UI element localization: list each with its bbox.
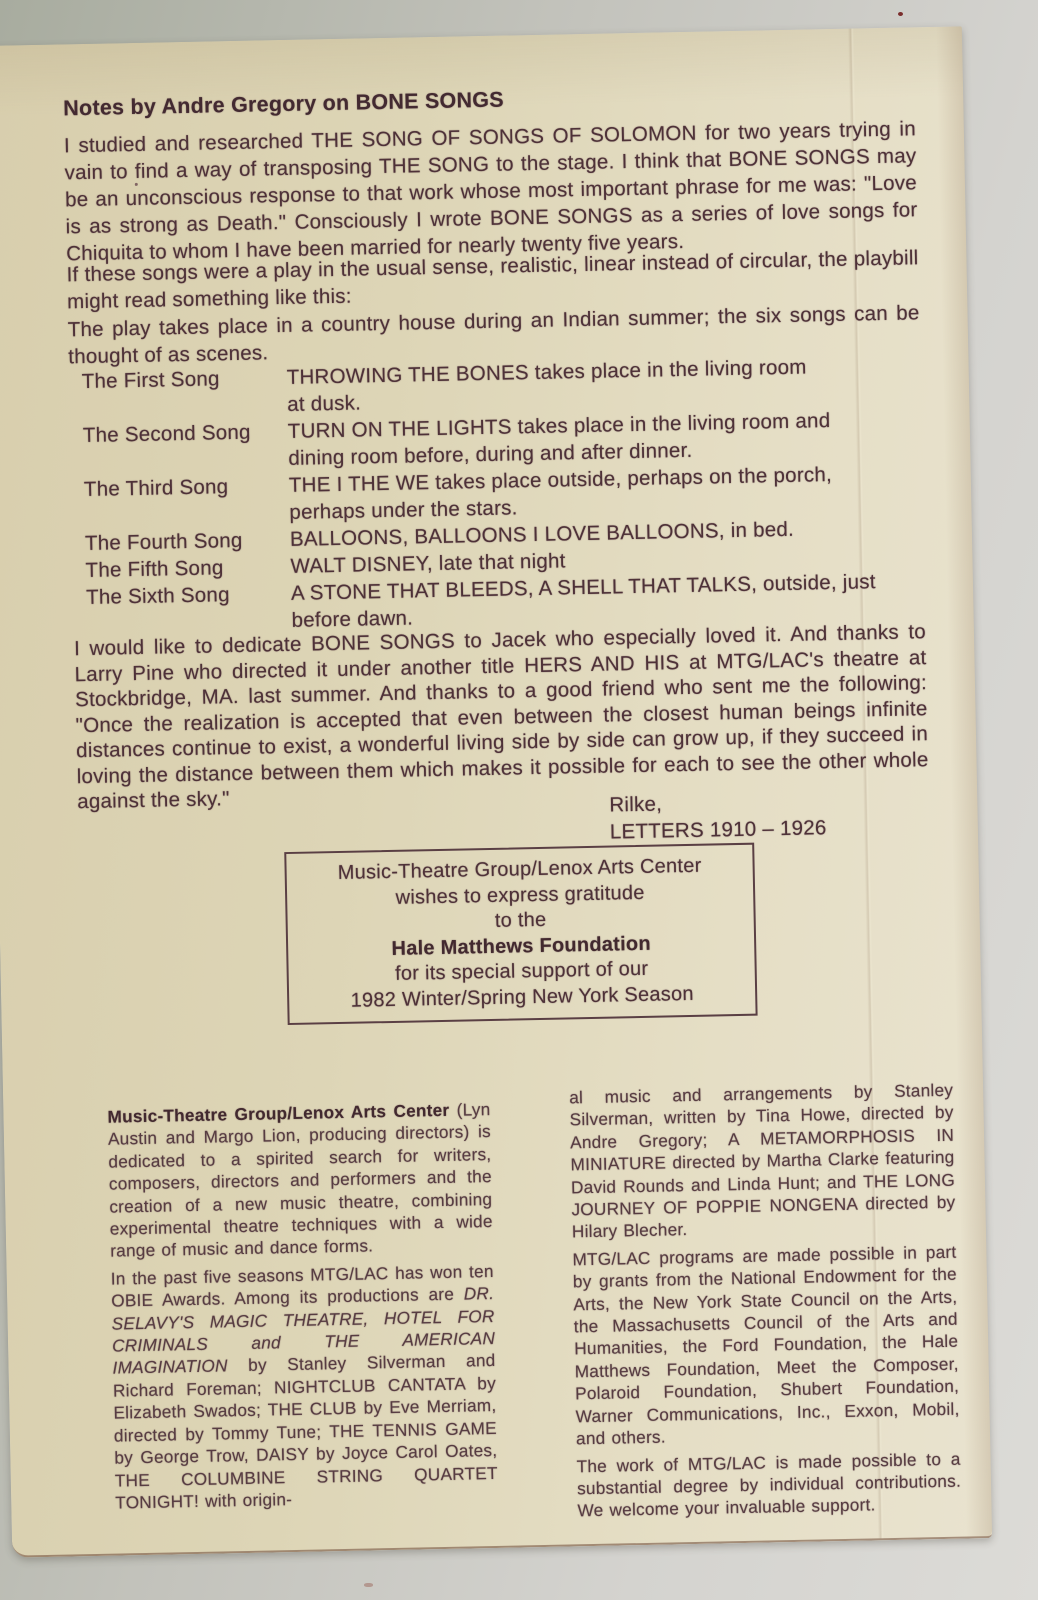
song-label: The First Song: [81, 364, 287, 422]
page-title: Notes by Andre Gregory on BONE SONGS: [63, 88, 504, 122]
song-label: The Second Song: [83, 418, 289, 476]
grants-paragraph: MTG/LAC programs are made possible in pa…: [572, 1241, 960, 1450]
song-label: The Third Song: [84, 472, 290, 530]
song-label: The Fifth Song: [85, 553, 291, 584]
song-list: The First Song THROWING THE BONES takes …: [81, 351, 946, 638]
song-label: The Fourth Song: [85, 526, 291, 557]
paper-speck: [135, 183, 138, 186]
left-column: Music-Theatre Group/Lenox Arts Center (L…: [107, 1098, 498, 1519]
song-label: The Sixth Song: [86, 580, 292, 638]
photo-background: Notes by Andre Gregory on BONE SONGS I s…: [0, 0, 1038, 1600]
attribution-source: LETTERS 1910 – 1926: [610, 814, 827, 845]
dedication-paragraph: I would like to dedicate BONE SONGS to J…: [74, 619, 929, 815]
background-speck: [898, 12, 903, 16]
program-page: Notes by Andre Gregory on BONE SONGS I s…: [0, 26, 992, 1557]
background-smudge: [364, 1583, 373, 1587]
productions-continued-paragraph: al music and arrangements by Stanley Sil…: [569, 1079, 956, 1244]
quote-attribution: Rilke, LETTERS 1910 – 1926: [609, 787, 827, 845]
mtg-description-paragraph: Music-Theatre Group/Lenox Arts Center (L…: [107, 1098, 493, 1262]
gratitude-box: Music-Theatre Group/Lenox Arts Center wi…: [284, 843, 757, 1025]
mtg-productions-paragraph: In the past five seasons MTG/LAC has won…: [111, 1260, 499, 1514]
contributions-paragraph: The work of MTG/LAC is made possible to …: [576, 1447, 961, 1522]
notes-paragraph-1: I studied and researched THE SONG OF SON…: [64, 115, 919, 267]
right-column: al music and arrangements by Stanley Sil…: [569, 1079, 962, 1527]
